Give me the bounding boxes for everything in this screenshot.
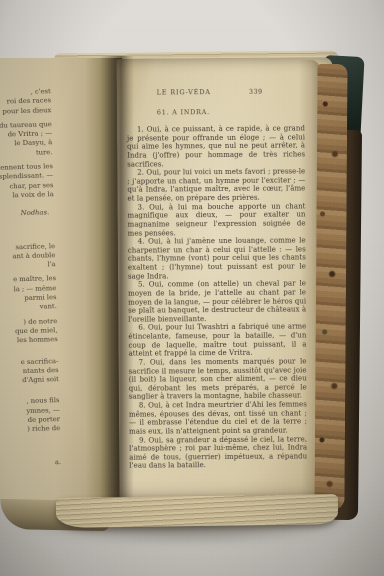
verse-paragraph: 7. Oui, dans les moments marqués pour le… bbox=[129, 357, 307, 401]
left-page-fragment: ture. bbox=[0, 148, 53, 159]
right-page-content: LE RIG-VÉDA 339 61. A INDRA. 1. Oui, à c… bbox=[127, 87, 308, 470]
left-page-fragment: d'Agni soit bbox=[0, 375, 59, 386]
left-page-fragment: ) riche de bbox=[0, 424, 60, 435]
verse-paragraph: 3. Oui, à lui ma bouche apporte un chant… bbox=[127, 202, 305, 238]
verse-paragraph: 2. Oui, pour lui voici un mets favori ; … bbox=[127, 168, 305, 204]
left-page-fragment: les hommes bbox=[0, 335, 58, 346]
verse-paragraph: 9. Oui, sa grandeur a dépassé le ciel, l… bbox=[129, 435, 307, 471]
hymn-text: 1. Oui, à ce puissant, à ce rapide, à ce… bbox=[127, 124, 307, 470]
left-page-text-fragments: , c'est roi des races pour les dieux du … bbox=[0, 87, 61, 468]
gutter-shadow bbox=[100, 56, 134, 508]
verse-paragraph: 4. Oui, à lui j'amène une louange, comme… bbox=[128, 237, 306, 281]
bottom-page-edges bbox=[56, 494, 338, 528]
verse-paragraph: 1. Oui, à ce puissant, à ce rapide, à ce… bbox=[127, 124, 305, 168]
marbled-fore-edge bbox=[314, 64, 347, 510]
hymn-heading: 61. A INDRA. bbox=[157, 107, 305, 116]
left-page-fragment: la voix de la bbox=[0, 190, 54, 201]
left-page-fragment: pour les dieux bbox=[0, 106, 51, 117]
running-head: LE RIG-VÉDA 339 bbox=[127, 87, 305, 96]
hymn-author-signature: Nodhas. bbox=[0, 208, 54, 219]
verse-paragraph: 5. Oui, comme (on attelle) un cheval par… bbox=[128, 280, 306, 324]
photo-of-open-book: , c'est roi des races pour les dieux du … bbox=[0, 0, 384, 576]
left-page-fragment: l'a bbox=[0, 260, 56, 271]
left-page-fragment: vant. bbox=[0, 302, 57, 313]
verse-paragraph: 8. Oui, à cet Indra meurtrier d'Ahi les … bbox=[129, 400, 307, 436]
running-head-title: LE RIG-VÉDA bbox=[157, 88, 211, 96]
left-page-fragment: a. bbox=[0, 458, 61, 469]
page-number: 339 bbox=[249, 88, 263, 96]
verse-paragraph: 6. Oui, pour lui Twashtri a fabriqué une… bbox=[128, 323, 306, 359]
